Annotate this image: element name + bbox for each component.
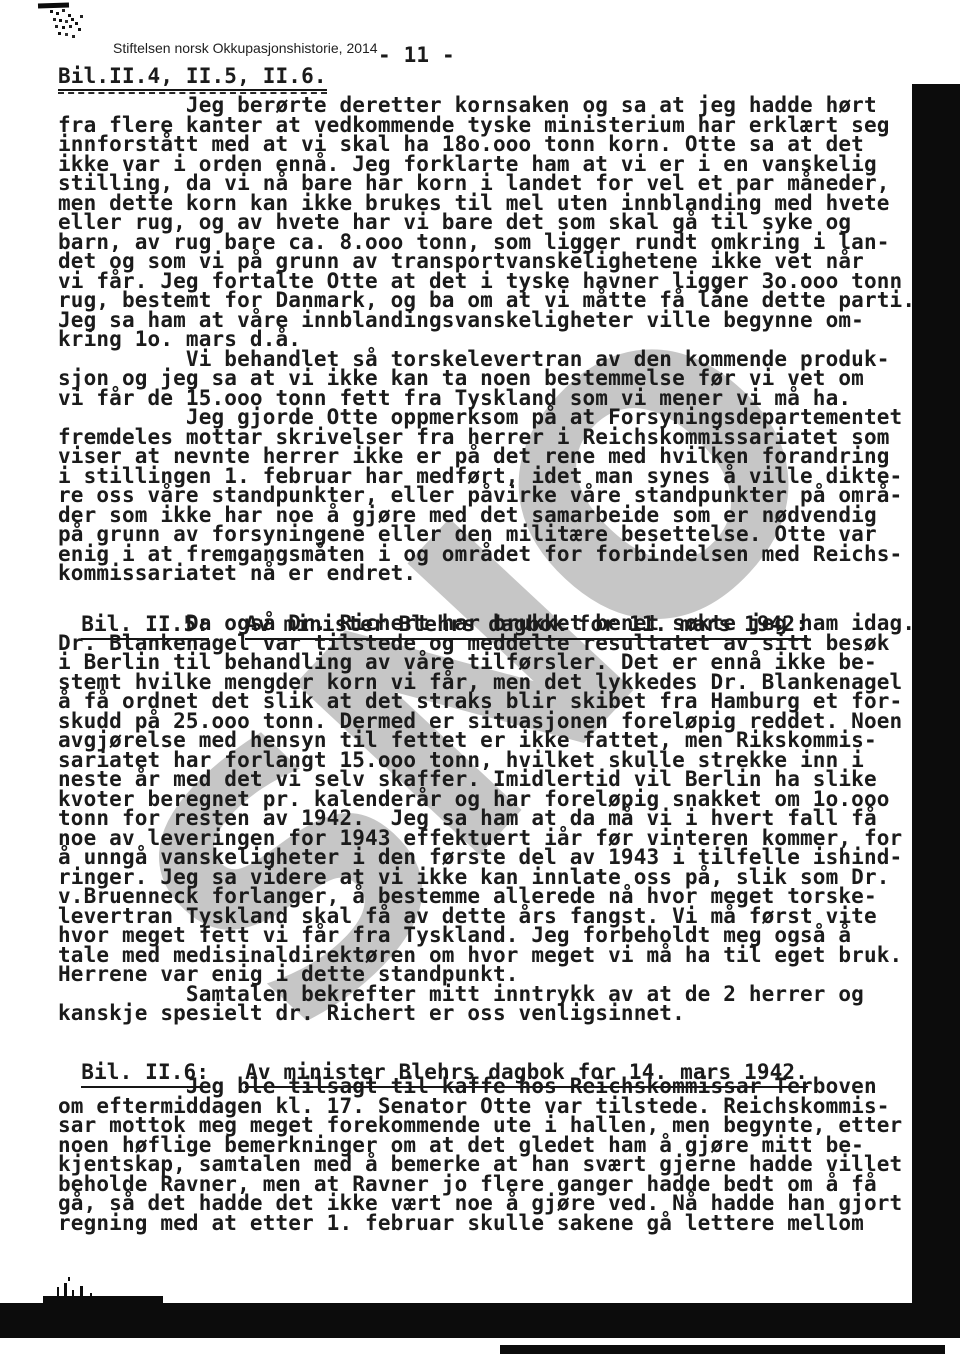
scan-artifact-speck <box>57 1287 59 1303</box>
archive-stamp-text: Stiftelsen norsk Okkupasjonshistorie, 20… <box>113 40 378 56</box>
scan-artifact-speck <box>64 1283 67 1303</box>
scan-artifact-speck <box>72 1290 74 1303</box>
scan-artifact-speck <box>90 1293 92 1303</box>
scan-artifact-bottom-second-bar <box>500 1345 945 1354</box>
scan-artifact-bottom-band <box>0 1303 960 1338</box>
scanned-document-page: SNO Stiftelsen norsk Okkupasjonshistorie… <box>0 0 960 1354</box>
scan-artifact-topleft-line <box>38 2 69 8</box>
section-bil-ii-6-body: Jeg ble tilsagt til kaffe hos Reichskomm… <box>58 1077 928 1233</box>
scan-artifact-topleft-speckle <box>50 10 53 13</box>
scan-artifact-right-edge-bar <box>912 84 960 1338</box>
page-number: - 11 - <box>378 43 455 67</box>
scan-artifact-speck <box>80 1286 83 1303</box>
scan-artifact-bottom-step <box>43 1296 163 1305</box>
section-bil-ii-4-body: Jeg berørte deretter kornsaken og sa at … <box>58 96 928 584</box>
document-heading: Bil.II.4, II.5, II.6. <box>58 64 327 94</box>
document-heading-text: Bil.II.4, II.5, II.6. <box>58 64 327 91</box>
section-bil-ii-5-body: Da også Dr. Richert har brukket benet sø… <box>58 614 928 1024</box>
scan-artifact-speck <box>68 1277 70 1281</box>
